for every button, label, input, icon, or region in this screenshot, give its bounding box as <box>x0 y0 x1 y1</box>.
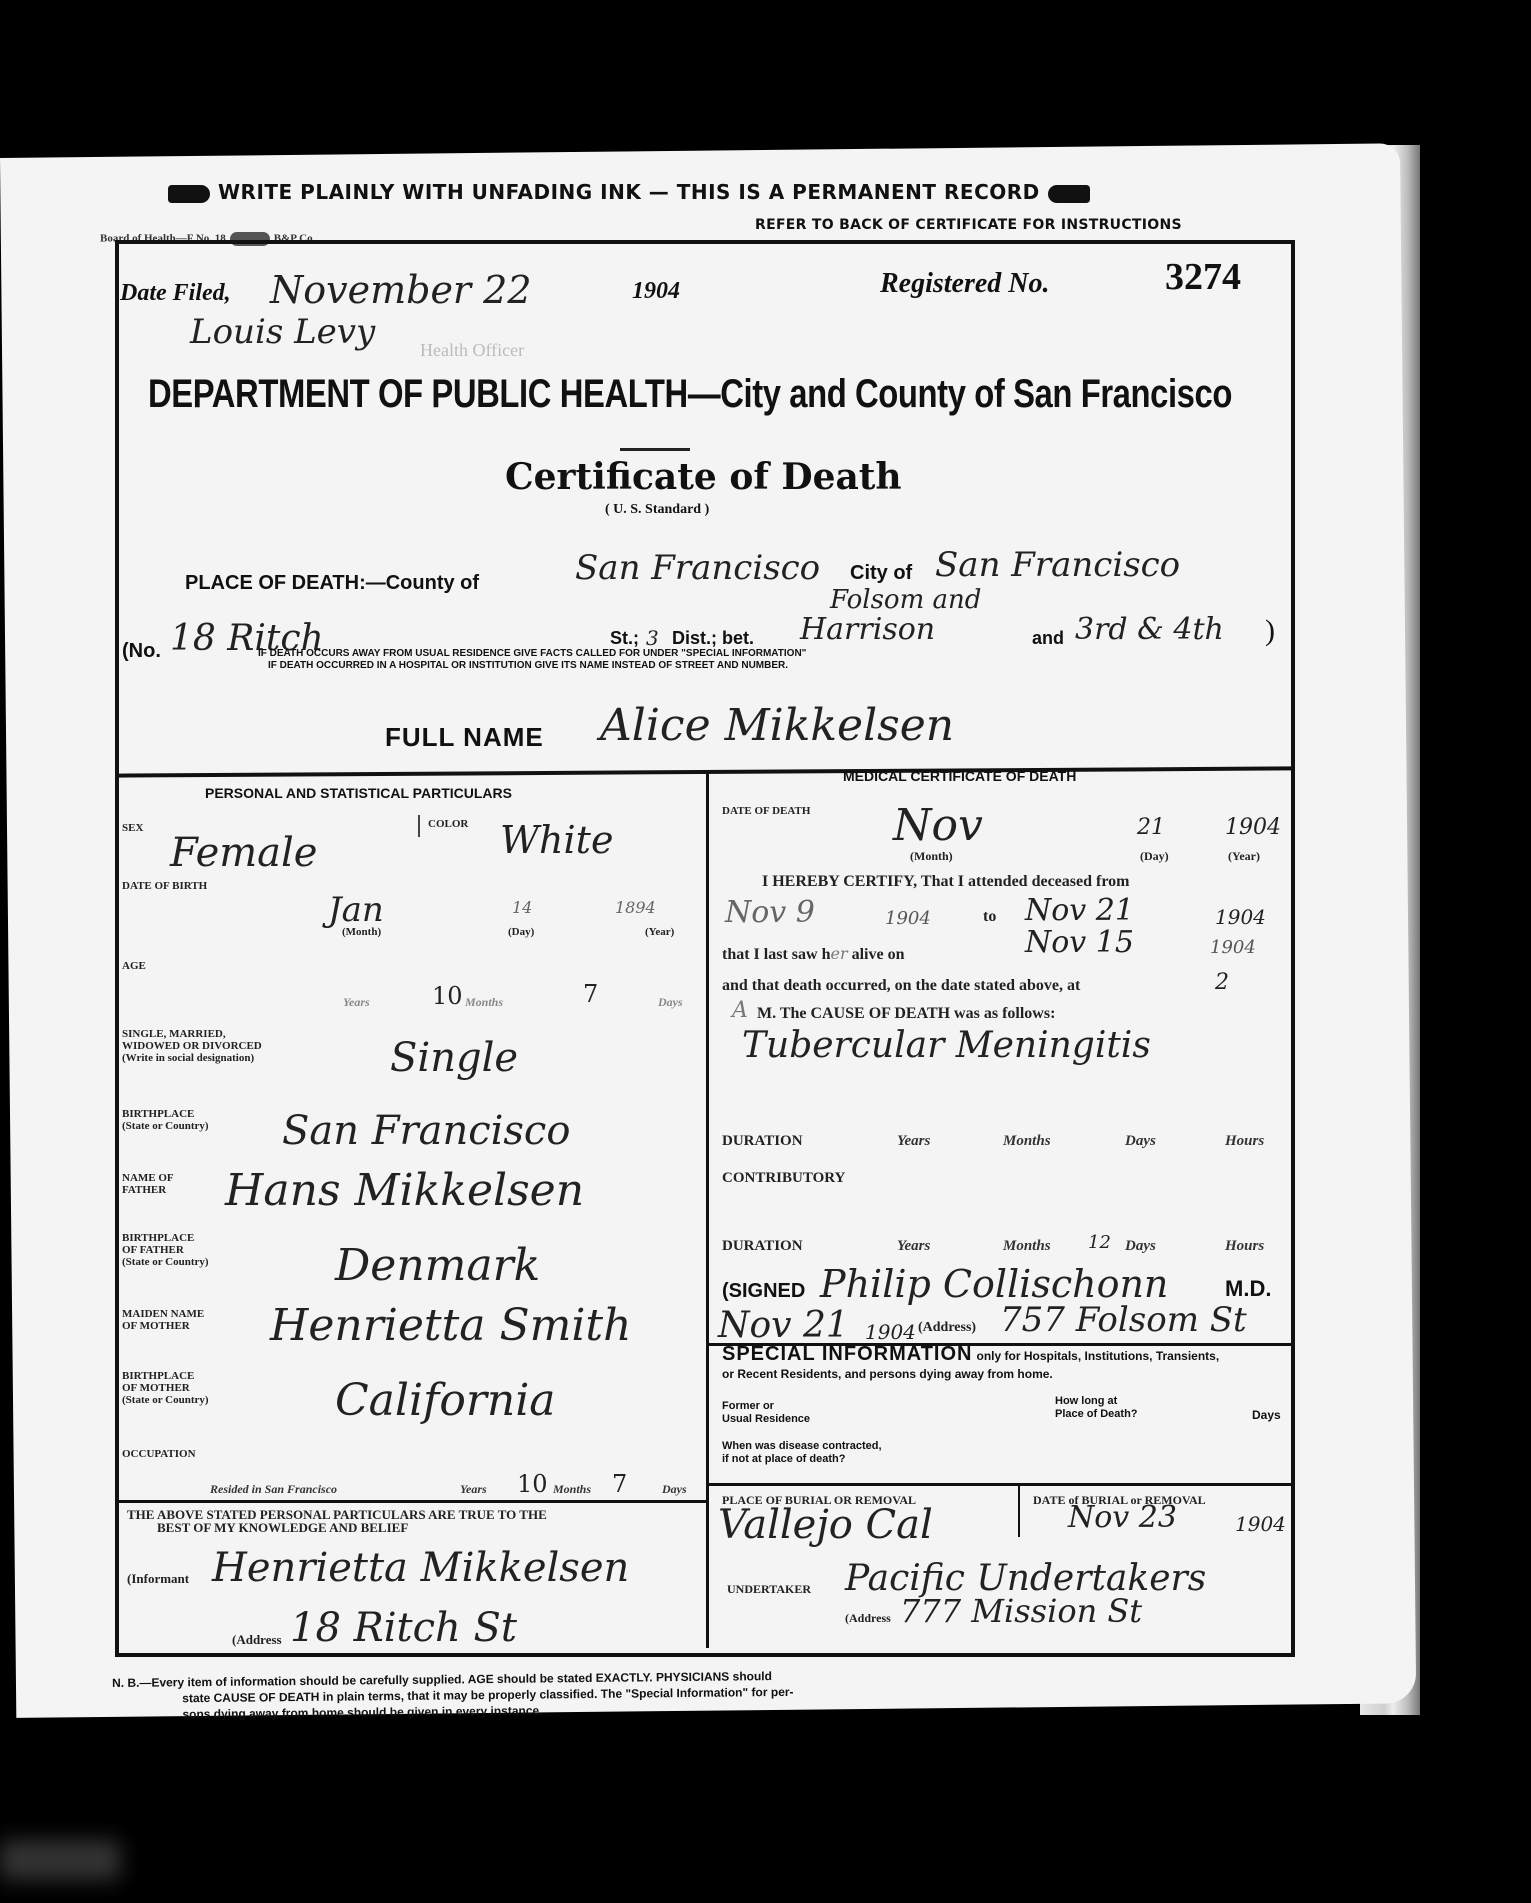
mother-bp-label-line-3: (State or Country) <box>122 1394 209 1406</box>
sex-value: Female <box>170 830 317 876</box>
dod-day-value: 21 <box>1137 815 1165 840</box>
resided-years-caption: Years <box>460 1482 487 1497</box>
scan-smudge <box>0 1840 120 1880</box>
duration2-label: DURATION <box>722 1240 803 1252</box>
dod-year-caption: (Year) <box>1228 850 1260 862</box>
undertaker-label: UNDERTAKER <box>727 1583 811 1595</box>
mother-birthplace-value: California <box>335 1375 556 1426</box>
last-saw-prefix: that I last saw h <box>722 946 830 963</box>
duration2-months-caption: Months <box>1003 1238 1051 1255</box>
column-divider <box>706 772 709 1648</box>
place-of-death-note: IF DEATH OCCURS AWAY FROM USUAL RESIDENC… <box>258 648 806 672</box>
certificate-title: Certificate of Death <box>505 456 902 498</box>
registered-no-label: Registered No. <box>880 268 1050 300</box>
last-saw-date: Nov 15 <box>1025 925 1134 960</box>
between-street-2: 3rd & 4th <box>1075 612 1224 647</box>
marital-value: Single <box>390 1035 518 1081</box>
age-months-value: 7 <box>583 980 598 1008</box>
days-label: Days <box>1252 1408 1281 1422</box>
father-bp-label-line-3: (State or Country) <box>122 1256 209 1268</box>
dob-year-value: 1894 <box>615 898 656 917</box>
dob-year-caption: (Year) <box>645 926 674 938</box>
city-value: San Francisco <box>935 545 1180 585</box>
to-label: to <box>983 908 996 926</box>
date-filed-year: 1904 <box>632 278 680 305</box>
father-label: NAME OF FATHER <box>122 1172 174 1196</box>
pointing-hand-icon <box>168 185 210 203</box>
physician-address-value: 757 Folsom St <box>1000 1300 1247 1340</box>
signed-label: (SIGNED <box>722 1280 805 1303</box>
duration-hours-caption: Hours <box>1225 1133 1264 1150</box>
mother-bp-label-line-2: OF MOTHER <box>122 1382 209 1394</box>
us-standard-caption: ( U. S. Standard ) <box>605 502 709 518</box>
informant-value: Henrietta Mikkelsen <box>212 1545 629 1591</box>
note-line-1: IF DEATH OCCURS AWAY FROM USUAL RESIDENC… <box>258 648 806 660</box>
refer-instructions: REFER TO BACK OF CERTIFICATE FOR INSTRUC… <box>755 217 1182 233</box>
resided-days-caption: Days <box>662 1482 687 1497</box>
dob-month-value: Jan <box>328 890 384 930</box>
attended-from-year: 1904 <box>885 908 931 929</box>
note-line-2: IF DEATH OCCURRED IN A HOSPITAL OR INSTI… <box>258 660 806 672</box>
health-officer-title: Health Officer <box>420 340 524 361</box>
mother-label-line-2: OF MOTHER <box>122 1320 204 1332</box>
color-value: White <box>500 818 613 862</box>
burial-place-value: Vallejo Cal <box>718 1502 933 1548</box>
father-birthplace-label: BIRTHPLACE OF FATHER (State or Country) <box>122 1232 209 1268</box>
district-label: Dist.; bet. <box>672 628 754 649</box>
signed-year-value: 1904 <box>865 1320 916 1344</box>
street-label: St.; <box>610 628 639 649</box>
mother-label: MAIDEN NAME OF MOTHER <box>122 1308 204 1332</box>
full-name-label: FULL NAME <box>385 722 544 753</box>
duration2-days-caption: Days <box>1125 1238 1156 1255</box>
department-title: DEPARTMENT OF PUBLIC HEALTH—City and Cou… <box>148 372 1232 417</box>
informant-statement: THE ABOVE STATED PERSONAL PARTICULARS AR… <box>127 1508 547 1534</box>
former-residence-label: Former or Usual Residence <box>722 1400 810 1426</box>
burial-date-value: Nov 23 <box>1068 1500 1177 1535</box>
street-no-label: (No. <box>122 640 161 663</box>
and-label: and <box>1032 628 1064 649</box>
father-name-value: Hans Mikkelsen <box>225 1165 584 1216</box>
ampm-value: A <box>732 998 748 1023</box>
duration-years-caption: Years <box>897 1133 930 1150</box>
dob-label: DATE OF BIRTH <box>122 880 207 892</box>
informant-divider <box>118 1500 708 1503</box>
contributory-label: CONTRIBUTORY <box>722 1172 845 1184</box>
former-label-line-2: Usual Residence <box>722 1413 810 1426</box>
informant-address-label: (Address <box>232 1634 282 1646</box>
special-info-heading: SPECIAL INFORMATION only for Hospitals, … <box>722 1345 1219 1383</box>
marital-label-line-1: SINGLE, MARRIED, <box>122 1028 262 1040</box>
color-label: COLOR <box>428 818 468 830</box>
dod-label: DATE OF DEATH <box>722 805 810 817</box>
last-saw-pronoun: er <box>830 944 847 963</box>
birthplace-label-line-2: (State or Country) <box>122 1120 209 1132</box>
duration-months-caption: Months <box>1003 1133 1051 1150</box>
statement-line-2: BEST OF MY KNOWLEDGE AND BELIEF <box>127 1521 547 1534</box>
age-years-caption: Years <box>343 995 370 1010</box>
duration2-hours-caption: Hours <box>1225 1238 1264 1255</box>
disease-contracted-label: When was disease contracted, if not at p… <box>722 1440 882 1466</box>
mother-birthplace-label: BIRTHPLACE OF MOTHER (State or Country) <box>122 1370 209 1406</box>
age-months-caption: Months <box>465 995 503 1010</box>
resided-months-caption: Months <box>553 1482 591 1497</box>
father-birthplace-value: Denmark <box>335 1240 540 1291</box>
undertaker-address-label: (Address <box>845 1612 891 1624</box>
birthplace-value: San Francisco <box>282 1108 570 1154</box>
burial-column-divider <box>1018 1485 1020 1537</box>
county-value: San Francisco <box>575 548 820 588</box>
dod-month-value: Nov <box>893 800 983 851</box>
mother-name-value: Henrietta Smith <box>270 1300 631 1351</box>
dod-year-value: 1904 <box>1225 815 1281 840</box>
mother-label-line-1: MAIDEN NAME <box>122 1308 204 1320</box>
title-rule <box>620 448 690 451</box>
duration2-days-value: 12 <box>1088 1232 1111 1253</box>
attended-to-value: Nov 21 <box>1025 893 1134 928</box>
special-info-subtitle-2: or Recent Residents, and persons dying a… <box>722 1365 1219 1383</box>
between-street-1-line1: Folsom and <box>830 585 981 615</box>
contracted-line-2: if not at place of death? <box>722 1453 882 1466</box>
age-label: AGE <box>122 960 146 972</box>
duration2-years-caption: Years <box>897 1238 930 1255</box>
resided-years-value: 10 <box>517 1470 548 1498</box>
informant-address-value: 18 Ritch St <box>290 1605 517 1651</box>
duration-label: DURATION <box>722 1135 803 1147</box>
personal-section-title: PERSONAL AND STATISTICAL PARTICULARS <box>205 785 512 801</box>
age-years-value: 10 <box>432 982 463 1010</box>
certify-text: I HEREBY CERTIFY, That I attended deceas… <box>762 873 1129 891</box>
burial-divider <box>708 1483 1293 1486</box>
father-label-line-2: FATHER <box>122 1184 174 1196</box>
resided-label: Resided in San Francisco <box>210 1482 337 1497</box>
mother-bp-label-line-1: BIRTHPLACE <box>122 1370 209 1382</box>
between-street-1-line2: Harrison <box>800 612 935 647</box>
ink-banner: WRITE PLAINLY WITH UNFADING INK — THIS I… <box>160 180 1098 204</box>
birthplace-label: BIRTHPLACE (State or Country) <box>122 1108 209 1132</box>
pointing-hand-icon <box>1048 185 1090 203</box>
date-filed-label: Date Filed, <box>120 280 231 307</box>
occupation-label: OCCUPATION <box>122 1448 196 1460</box>
burial-date-year: 1904 <box>1235 1512 1286 1536</box>
last-saw-year: 1904 <box>1210 937 1256 958</box>
sex-color-divider <box>418 815 420 837</box>
dod-day-caption: (Day) <box>1140 850 1169 862</box>
last-saw-text: that I last saw her alive on <box>722 944 904 964</box>
full-name-value: Alice Mikkelsen <box>600 700 954 751</box>
marital-label-line-2: WIDOWED OR DIVORCED <box>122 1040 262 1052</box>
attended-to-year: 1904 <box>1215 905 1266 929</box>
how-long-line-1: How long at <box>1055 1395 1138 1408</box>
undertaker-address-value: 777 Mission St <box>900 1592 1142 1630</box>
death-occurred-text: and that death occurred, on the date sta… <box>722 977 1080 995</box>
alive-on-text: alive on <box>852 946 905 963</box>
health-officer-signature: Louis Levy <box>190 312 375 352</box>
sex-label: SEX <box>122 822 143 834</box>
how-long-label: How long at Place of Death? <box>1055 1395 1138 1421</box>
father-label-line-1: NAME OF <box>122 1172 174 1184</box>
md-label: M.D. <box>1225 1276 1271 1302</box>
former-label-line-1: Former or <box>722 1400 810 1413</box>
father-bp-label-line-2: OF FATHER <box>122 1244 209 1256</box>
cause-text: M. The CAUSE OF DEATH was as follows: <box>757 1005 1055 1023</box>
contracted-line-1: When was disease contracted, <box>722 1440 882 1453</box>
informant-label: (Informant <box>127 1573 189 1585</box>
attended-from-value: Nov 9 <box>725 895 815 930</box>
marital-label-line-3: (Write in social designation) <box>122 1052 262 1064</box>
signed-date-value: Nov 21 <box>718 1305 849 1346</box>
physician-address-label: (Address) <box>918 1320 976 1336</box>
dod-month-caption: (Month) <box>910 850 953 862</box>
birthplace-label-line-1: BIRTHPLACE <box>122 1108 209 1120</box>
banner-text: WRITE PLAINLY WITH UNFADING INK — THIS I… <box>218 180 1040 204</box>
city-label: City of <box>850 562 912 585</box>
footnote: N. B.—Every item of information should b… <box>112 1663 1212 1723</box>
cause-of-death-value: Tubercular Meningitis <box>742 1025 1151 1066</box>
father-bp-label-line-1: BIRTHPLACE <box>122 1232 209 1244</box>
dob-day-caption: (Day) <box>508 926 534 938</box>
resided-months-value: 7 <box>612 1470 627 1498</box>
dob-day-value: 14 <box>512 898 532 917</box>
dob-month-caption: (Month) <box>342 926 381 938</box>
marital-label: SINGLE, MARRIED, WIDOWED OR DIVORCED (Wr… <box>122 1028 262 1064</box>
duration-days-caption: Days <box>1125 1133 1156 1150</box>
special-info-title: SPECIAL INFORMATION <box>722 1343 972 1365</box>
medical-section-title: MEDICAL CERTIFICATE OF DEATH <box>843 768 1076 784</box>
ward-value: 3 <box>646 626 659 650</box>
death-hour-value: 2 <box>1215 970 1229 995</box>
place-of-death-label: PLACE OF DEATH:—County of <box>185 572 479 595</box>
how-long-line-2: Place of Death? <box>1055 1408 1138 1421</box>
close-paren: ) <box>1265 614 1275 648</box>
registered-no-value: 3274 <box>1165 255 1241 299</box>
special-info-subtitle-1: only for Hospitals, Institutions, Transi… <box>976 1349 1219 1363</box>
age-days-caption: Days <box>658 995 683 1010</box>
date-filed-value: November 22 <box>270 268 532 312</box>
